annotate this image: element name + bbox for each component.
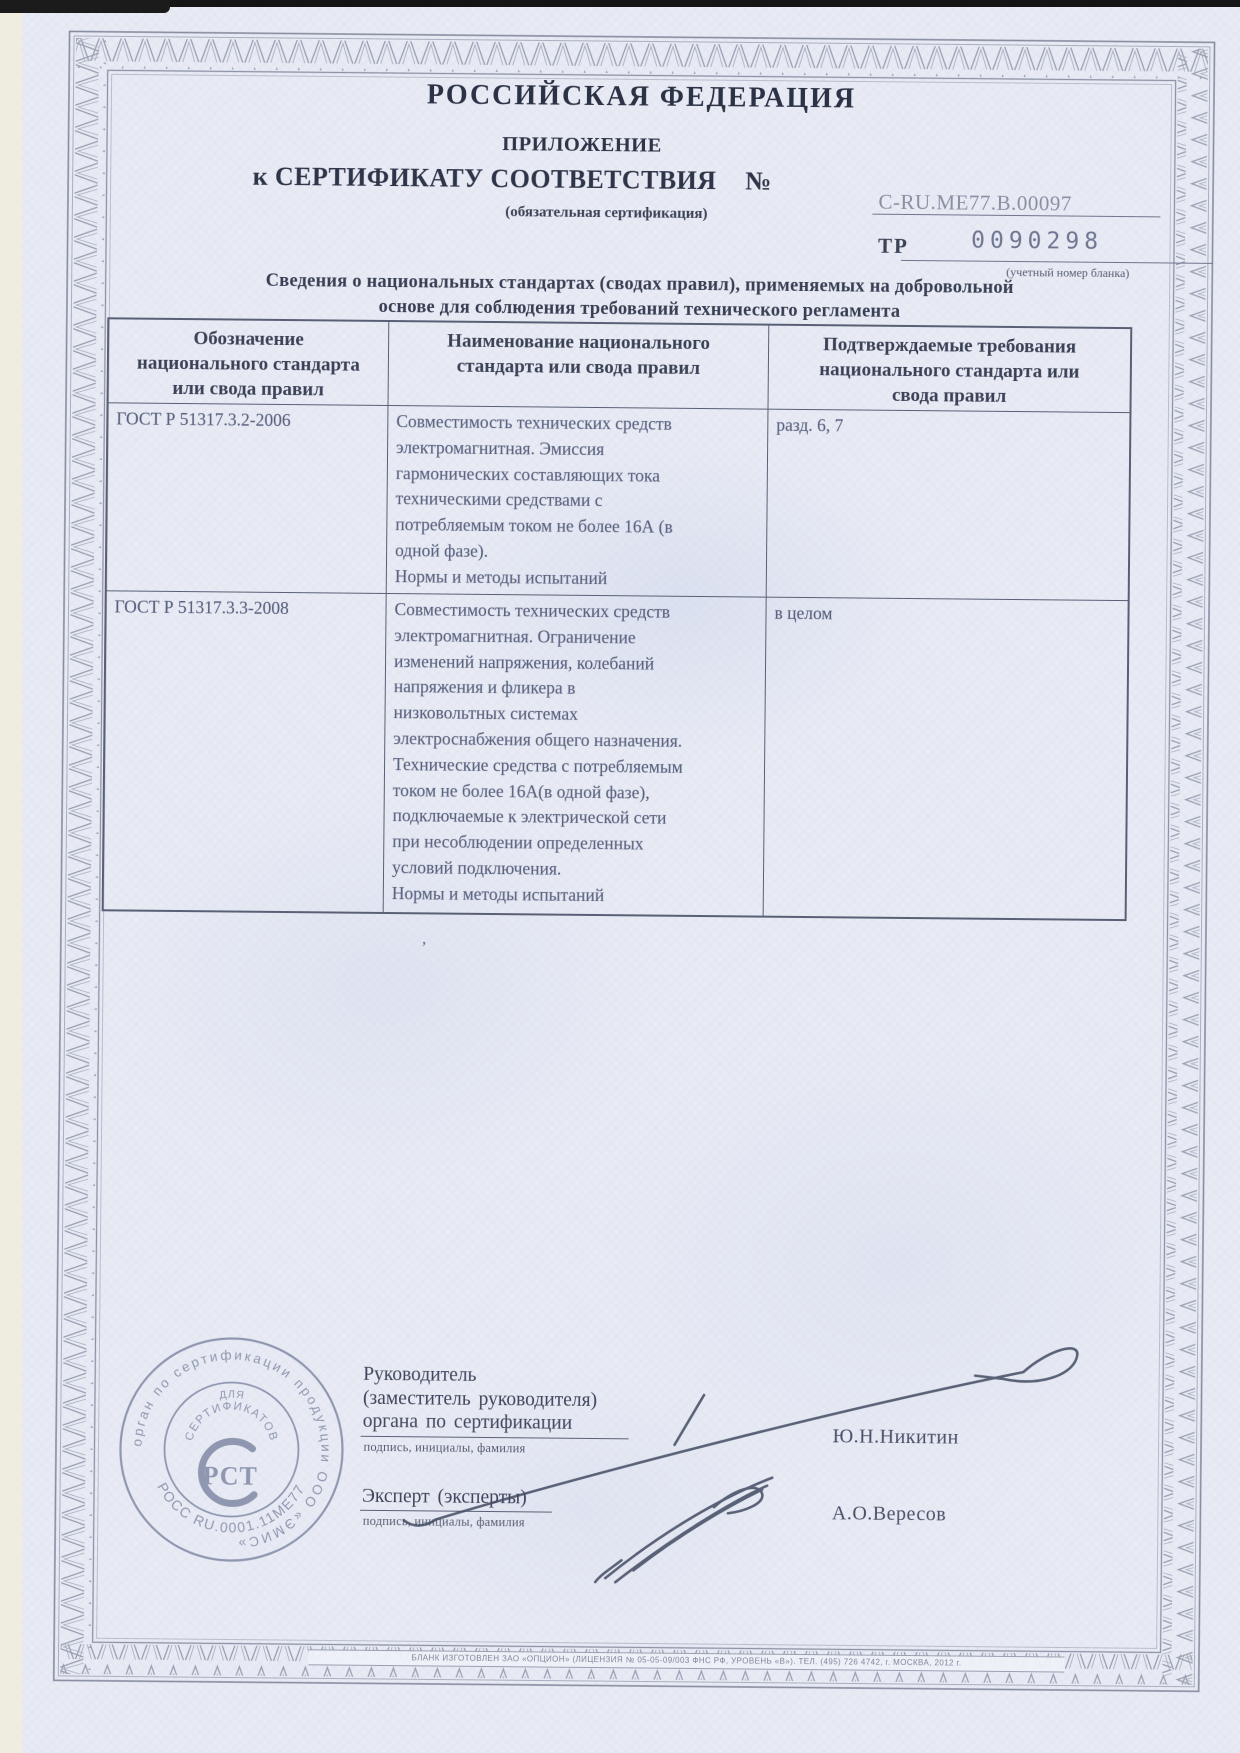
stamp-label-line2: СЕРТИФИКАТОВ [183,1400,280,1443]
scanner-edge-strip [0,0,23,1753]
certificate-sheet: РОССИЙСКАЯ ФЕДЕРАЦИЯ ПРИЛОЖЕНИЕ к СЕРТИФ… [22,7,1240,1753]
stray-pen-mark: ’ [421,939,427,957]
scan-edge-corner [0,0,170,13]
table-row2-requirements: в целом [764,598,1128,919]
table-header-name: Наименование национального стандарта или… [389,322,770,410]
handwritten-signatures [332,1258,1156,1706]
expert-signature-stroke3 [633,1488,762,1571]
certification-kind-label: (обязательная сертификация) [438,203,774,223]
stamp-label-line1: ДЛЯ [218,1388,245,1402]
table-row1-name: Совместимость технических средств электр… [387,406,769,598]
certificate-number: C-RU.ME77.B.00097 [878,190,1072,217]
certificate-title-line: к СЕРТИФИКАТУ СООТВЕТСТВИЯ № [253,162,772,197]
table-row1-requirements: разд. 6, 7 [767,410,1130,601]
guilloche-frame: РОССИЙСКАЯ ФЕДЕРАЦИЯ ПРИЛОЖЕНИЕ к СЕРТИФ… [52,30,1216,1693]
table-row1-designation: ГОСТ Р 51317.3.2-2006 [107,403,389,594]
stamp-label-line1-holder: ДЛЯ [218,1388,245,1402]
scan-edge-top [0,0,1240,7]
table-header-designation: Обозначение национального стандарта или … [109,319,390,406]
stamp-label-line2-holder: СЕРТИФИКАТОВ [183,1400,280,1443]
head-signature-slash [675,1395,704,1445]
certificate-title-text: к СЕРТИФИКАТУ СООТВЕТСТВИЯ [253,162,717,195]
rst-mark-letters: РСТ [202,1461,258,1491]
table-row2-designation: ГОСТ Р 51317.3.3-2008 [104,591,387,912]
table-row2-name: Совместимость технических средств электр… [384,594,767,916]
table-header-requirements: Подтверждаемые требования национального … [768,326,1130,413]
tr-label: ТР [878,234,909,259]
scanned-certificate-page: { "header": { "country": "РОССИЙСКАЯ ФЕД… [0,0,1240,1753]
blank-number: 0090298 [971,228,1103,255]
head-signature-stroke [404,1342,1078,1532]
number-sign: № [745,166,772,195]
standards-table: Обозначение национального стандарта или … [102,317,1133,921]
expert-signature-stroke1 [605,1476,772,1580]
certification-body-stamp: орган по сертификации продукции ООО «ЭМИ… [105,1323,357,1575]
